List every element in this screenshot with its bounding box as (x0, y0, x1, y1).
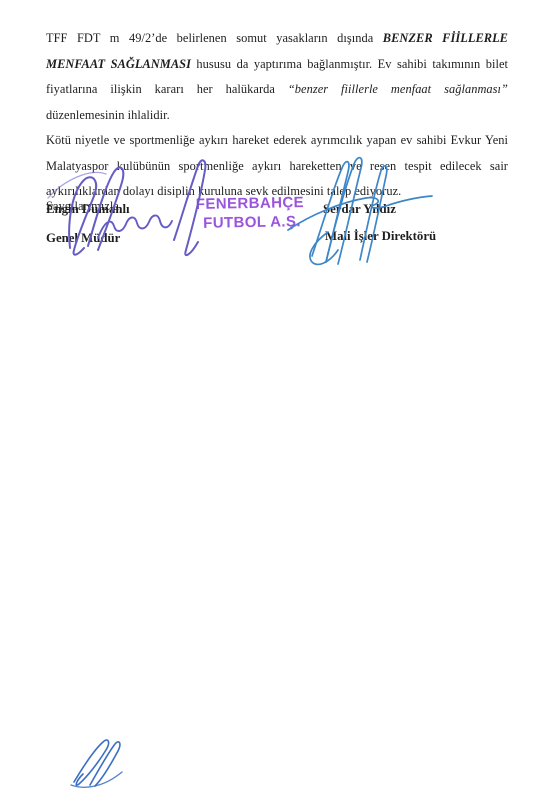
paragraph-1-quote: “benzer fiillerle menfaat sağlanması” (288, 82, 508, 96)
body-text: TFF FDT m 49/2’de belirlenen somut yasak… (46, 26, 508, 219)
initials-paraph-signature (66, 736, 138, 790)
document-page: TFF FDT m 49/2’de belirlenen somut yasak… (0, 0, 550, 790)
paragraph-1-text: TFF FDT m 49/2’de belirlenen somut yasak… (46, 31, 383, 45)
signer-left-title: Genel Müdür (46, 231, 120, 245)
signer-right-title: Mali İşler Direktörü (325, 229, 436, 243)
paragraph-1-text-3: düzenlemesinin ihlalidir. (46, 108, 170, 122)
paragraph-1: TFF FDT m 49/2’de belirlenen somut yasak… (46, 26, 508, 128)
